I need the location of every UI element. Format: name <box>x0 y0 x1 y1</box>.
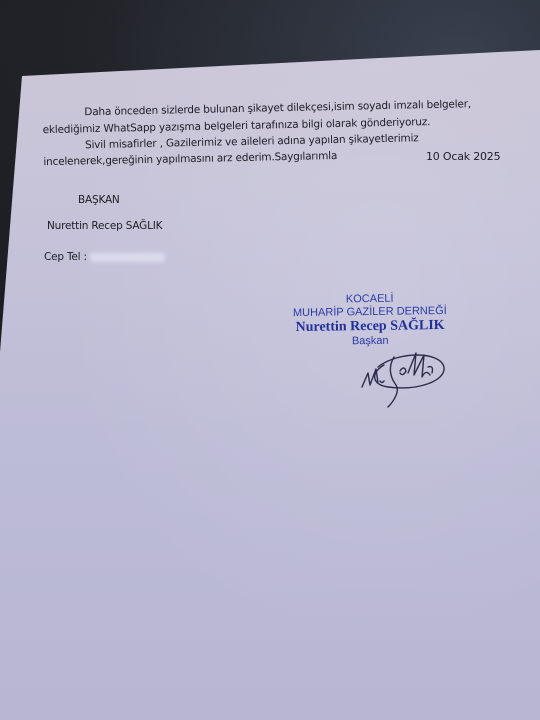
letter-date: 10 Ocak 2025 <box>426 150 500 163</box>
handwritten-signature-icon <box>358 345 448 410</box>
phone-label: Cep Tel : <box>44 251 87 263</box>
paragraph1-line1: Daha önceden sizlerde bulunan şikayet di… <box>84 98 471 118</box>
signer-name: Nurettin Recep SAĞLIK <box>47 220 162 232</box>
phone-redacted <box>90 253 165 262</box>
paragraph2-line1: Sivil misafirler , Gazilerimiz ve ailele… <box>85 132 419 151</box>
paragraph2-line2: incelenerek,gereğinin yapılmasını arz ed… <box>43 150 337 168</box>
organization-stamp: KOCAELİ MUHARİP GAZİLER DERNEĞİ Nurettin… <box>290 292 451 349</box>
phone-line: Cep Tel : <box>44 251 165 263</box>
letter-body: Daha önceden sizlerde bulunan şikayet di… <box>0 0 540 720</box>
signer-title: BAŞKAN <box>78 194 120 206</box>
stamp-name: Nurettin Recep SAĞLIK <box>290 318 450 336</box>
